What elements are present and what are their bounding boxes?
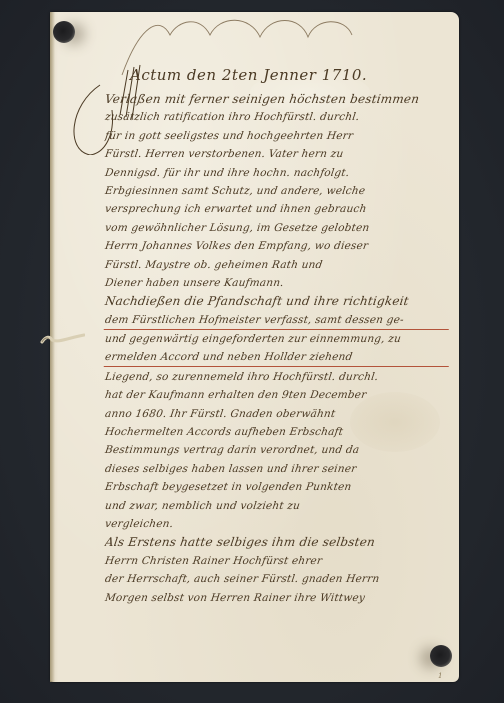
text-line: Herrn Johannes Volkes den Empfang, wo di… xyxy=(104,237,452,255)
text-line: für in gott seeligstes und hochgeehrten … xyxy=(104,127,452,145)
text-line-underlined: dem Fürstlichen Hofmeister verfasst, sam… xyxy=(104,311,452,330)
text-line: Erbgiesinnen samt Schutz, und andere, we… xyxy=(104,182,452,200)
paragraph-1: Verlaßen mit ferner seinigen höchsten be… xyxy=(105,90,450,292)
text-line: Als Erstens hatte selbiges ihm die selbs… xyxy=(104,533,452,551)
text-line: der Herrschaft, auch seiner Fürstl. gnad… xyxy=(104,570,452,588)
text-line: dieses selbiges haben lassen und ihrer s… xyxy=(104,460,452,478)
paragraph-3: Als Erstens hatte selbiges ihm die selbs… xyxy=(105,533,450,607)
text-line: und zwar, nemblich und volzieht zu xyxy=(104,497,452,515)
text-line: Morgen selbst von Herren Rainer ihre Wit… xyxy=(104,589,452,607)
binding-thread xyxy=(40,332,85,346)
text-line: Liegend, so zurennemeld ihro Hochfürstl.… xyxy=(104,368,452,386)
text-line-underlined: ermelden Accord und neben Hollder ziehen… xyxy=(104,348,452,367)
text-line: Verlaßen mit ferner seinigen höchsten be… xyxy=(104,90,452,108)
text-line: Fürstl. Herren verstorbenen. Vater hern … xyxy=(104,145,452,163)
text-line: vergleichen. xyxy=(104,515,452,533)
manuscript-text: Actum den 2ten Jenner 1710. Verlaßen mit… xyxy=(105,60,450,607)
page-number: 1 xyxy=(438,672,442,680)
text-line: hat der Kaufmann erhalten den 9ten Decem… xyxy=(104,386,452,404)
paragraph-2: Nachdießen die Pfandschaft und ihre rich… xyxy=(105,292,450,533)
text-line: versprechung ich erwartet und ihnen gebr… xyxy=(104,200,452,218)
text-line: Herrn Christen Rainer Hochfürst ehrer xyxy=(104,552,452,570)
text-line: Erbschaft beygesetzet in volgenden Punkt… xyxy=(104,478,452,496)
text-line: Bestimmungs vertrag darin verordnet, und… xyxy=(104,441,452,459)
text-line: anno 1680. Ihr Fürstl. Gnaden oberwähnt xyxy=(104,405,452,423)
text-line: Nachdießen die Pfandschaft und ihre rich… xyxy=(104,292,452,310)
page-edge xyxy=(50,12,55,682)
text-line: Dennigsd. für ihr und ihre hochn. nachfo… xyxy=(104,164,452,182)
pin-hole-top-left xyxy=(53,21,75,43)
text-line: und gegenwärtig eingeforderten zur einne… xyxy=(104,330,452,348)
document-heading: Actum den 2ten Jenner 1710. xyxy=(105,60,450,90)
text-line: Diener haben unsere Kaufmann. xyxy=(104,274,452,292)
pin-hole-bottom-right xyxy=(430,645,452,667)
manuscript-page: Actum den 2ten Jenner 1710. Verlaßen mit… xyxy=(50,12,459,682)
text-line: Hochermelten Accords aufheben Erbschaft xyxy=(104,423,452,441)
text-line: zusätzlich ratification ihro Hochfürstl.… xyxy=(104,108,452,126)
text-line: vom gewöhnlicher Lösung, im Gesetze gelo… xyxy=(104,219,452,237)
text-line: Fürstl. Maystre ob. geheimen Rath und xyxy=(104,256,452,274)
